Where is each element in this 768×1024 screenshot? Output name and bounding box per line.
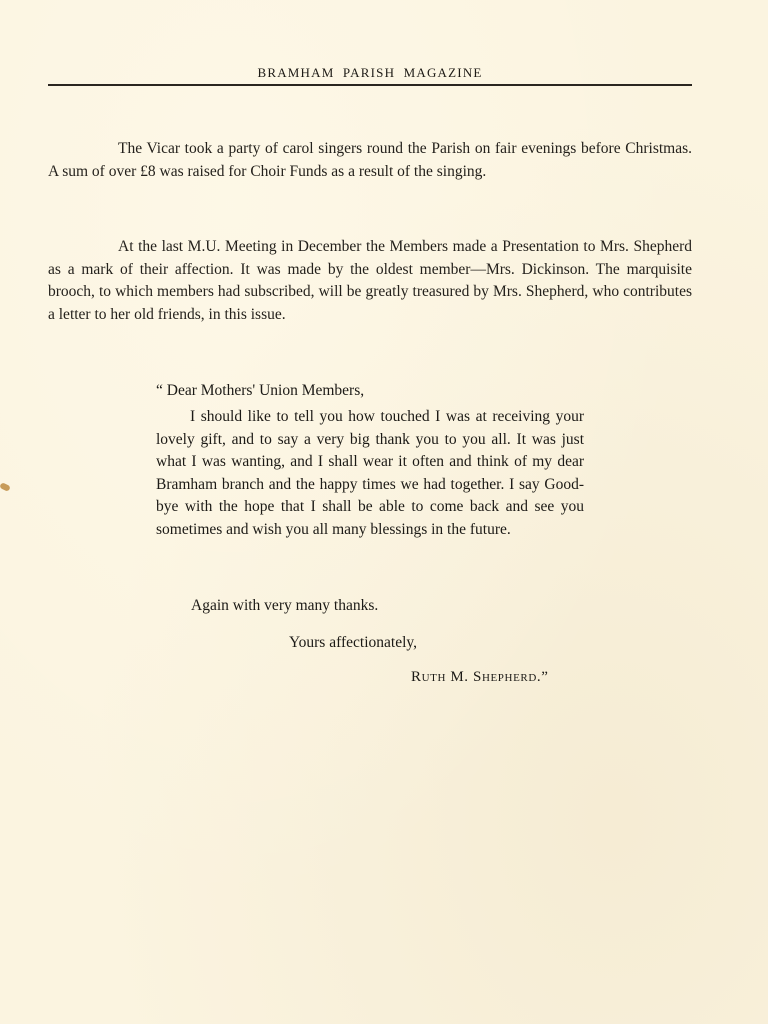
header-rule — [48, 84, 692, 86]
letter-body-text: I should like to tell you how touched I … — [156, 408, 584, 538]
letter-closing: Again with very many thanks. — [191, 597, 378, 615]
magazine-title: BRAMHAM PARISH MAGAZINE — [257, 65, 482, 81]
letter-body: I should like to tell you how touched I … — [156, 406, 584, 541]
letter-signoff: Yours affectionately, — [289, 634, 417, 652]
magazine-header: BRAMHAM PARISH MAGAZINE — [48, 64, 692, 82]
letter-signature: Ruth M. Shepherd.” — [411, 669, 548, 686]
paragraph-text: The Vicar took a party of carol singers … — [48, 140, 692, 180]
paper-stain — [0, 482, 11, 492]
paragraph-carol-singers: The Vicar took a party of carol singers … — [48, 138, 692, 183]
paragraph-mu-presentation: At the last M.U. Meeting in December the… — [48, 236, 692, 326]
letter-salutation: “ Dear Mothers' Union Members, — [156, 380, 584, 403]
paragraph-text: At the last M.U. Meeting in December the… — [48, 238, 692, 323]
